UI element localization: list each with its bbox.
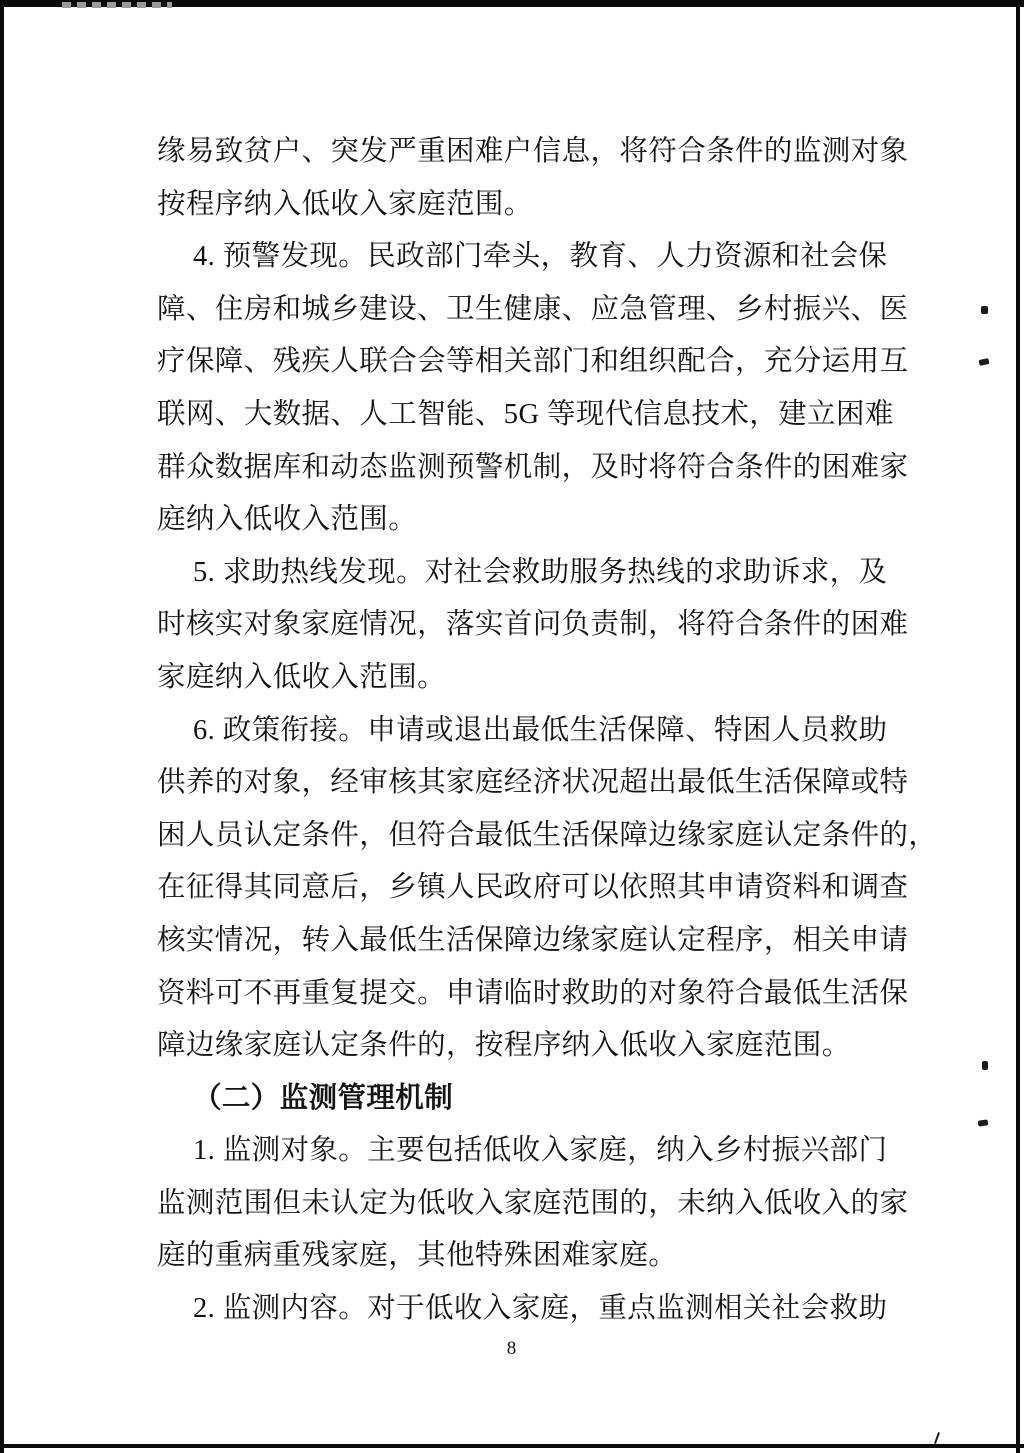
text-line: 核实情况，转入最低生活保障边缘家庭认定程序，相关申请 — [157, 915, 897, 968]
text-line: 时核实对象家庭情况，落实首问负责制，将符合条件的困难 — [157, 599, 897, 652]
text-line: 资料可不再重复提交。申请临时救助的对象符合最低生活保 — [157, 968, 897, 1021]
text-line: 障、住房和城乡建设、卫生健康、应急管理、乡村振兴、医 — [157, 284, 897, 337]
text-line: 家庭纳入低收入范围。 — [157, 652, 897, 705]
text-line: 困人员认定条件，但符合最低生活保障边缘家庭认定条件的， — [157, 810, 897, 863]
scan-border-bottom — [0, 1444, 1024, 1448]
ink-speck — [978, 1119, 989, 1126]
ink-speck — [982, 1061, 988, 1070]
text-line: 6. 政策衔接。申请或退出最低生活保障、特困人员救助 — [157, 705, 897, 758]
text-line: 庭纳入低收入范围。 — [157, 494, 897, 547]
scan-border-right — [1016, 0, 1020, 1453]
text-line: 供养的对象，经审核其家庭经济状况超出最低生活保障或特 — [157, 757, 897, 810]
text-line: 5. 求助热线发现。对社会救助服务热线的求助诉求，及 — [157, 547, 897, 600]
scan-artifact-tick — [934, 1432, 940, 1444]
text-line: 1. 监测对象。主要包括低收入家庭，纳入乡村振兴部门 — [157, 1125, 897, 1178]
text-line: 群众数据库和动态监测预警机制，及时将符合条件的困难家 — [157, 442, 897, 495]
scan-artifact-dashes — [62, 2, 172, 8]
text-line: 监测范围但未认定为低收入家庭范围的，未纳入低收入的家 — [157, 1178, 897, 1231]
document-text-block: 缘易致贫户、突发严重困难户信息，将符合条件的监测对象 按程序纳入低收入家庭范围。… — [157, 126, 897, 1336]
text-line: 障边缘家庭认定条件的，按程序纳入低收入家庭范围。 — [157, 1020, 897, 1073]
scan-border-left — [0, 0, 4, 1453]
text-line: 缘易致贫户、突发严重困难户信息，将符合条件的监测对象 — [157, 126, 897, 179]
text-line: 4. 预警发现。民政部门牵头，教育、人力资源和社会保 — [157, 231, 897, 284]
page-number: 8 — [0, 1338, 1024, 1360]
text-line: 庭的重病重残家庭，其他特殊困难家庭。 — [157, 1230, 897, 1283]
text-line: 联网、大数据、人工智能、5G 等现代信息技术，建立困难 — [157, 389, 897, 442]
ink-speck — [981, 306, 988, 314]
text-line: 疗保障、残疾人联合会等相关部门和组织配合，充分运用互 — [157, 336, 897, 389]
text-line: 按程序纳入低收入家庭范围。 — [157, 179, 897, 232]
text-line: 2. 监测内容。对于低收入家庭，重点监测相关社会救助 — [157, 1283, 897, 1336]
ink-speck — [978, 358, 989, 366]
text-line: 在征得其同意后，乡镇人民政府可以依照其申请资料和调查 — [157, 862, 897, 915]
section-heading: （二）监测管理机制 — [157, 1073, 897, 1126]
